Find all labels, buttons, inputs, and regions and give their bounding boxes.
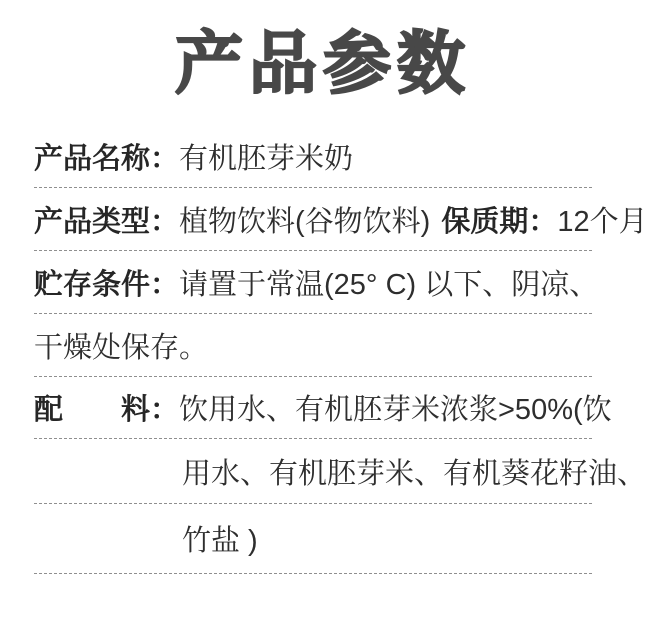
spec-row-storage-continued: 干燥处保存。 <box>34 314 592 376</box>
spec-row-product-type: 产品类型：植物饮料(谷物饮料)保质期：12个月 <box>34 188 592 250</box>
spec-label-ingredients-char2: 料： <box>121 387 179 428</box>
spec-value-storage-line2: 干燥处保存。 <box>34 325 208 366</box>
spec-value-ingredients-line3: 竹盐 ) <box>182 518 258 559</box>
spec-label-ingredients: 配料： <box>34 387 179 428</box>
spec-row-ingredients-continued-1: 用水、有机胚芽米、有机葵花籽油、 <box>34 439 592 503</box>
spec-row-ingredients-continued-2: 竹盐 ) <box>34 504 592 573</box>
dashed-divider <box>34 573 592 574</box>
spec-label-shelf-life: 保质期： <box>441 199 557 240</box>
spec-value-ingredients-line1: 饮用水、有机胚芽米浓浆>50%(饮 <box>179 387 612 428</box>
spec-value-ingredients-line2: 用水、有机胚芽米、有机葵花籽油、 <box>182 451 646 492</box>
spec-label-ingredients-char1: 配 <box>34 387 63 428</box>
spec-value-storage-line1: 请置于常温(25° C) 以下、阴凉、 <box>179 262 598 303</box>
spec-label-product-name: 产品名称： <box>34 136 179 177</box>
spec-value-product-type: 植物饮料(谷物饮料) <box>179 199 430 240</box>
spec-label-product-type: 产品类型： <box>34 199 179 240</box>
page-title: 产品参数 <box>0 30 646 98</box>
spec-table: 产品名称：有机胚芽米奶 产品类型：植物饮料(谷物饮料)保质期：12个月 贮存条件… <box>34 125 592 574</box>
spec-row-ingredients: 配料：饮用水、有机胚芽米浓浆>50%(饮 <box>34 377 592 438</box>
spec-row-product-name: 产品名称：有机胚芽米奶 <box>34 125 592 187</box>
spec-value-shelf-life: 12个月 <box>557 199 646 240</box>
spec-value-product-name: 有机胚芽米奶 <box>179 136 353 177</box>
product-spec-sheet: 产品参数 产品名称：有机胚芽米奶 产品类型：植物饮料(谷物饮料)保质期：12个月… <box>0 0 646 625</box>
spec-label-storage: 贮存条件： <box>34 262 179 303</box>
spec-row-storage: 贮存条件：请置于常温(25° C) 以下、阴凉、 <box>34 251 592 313</box>
